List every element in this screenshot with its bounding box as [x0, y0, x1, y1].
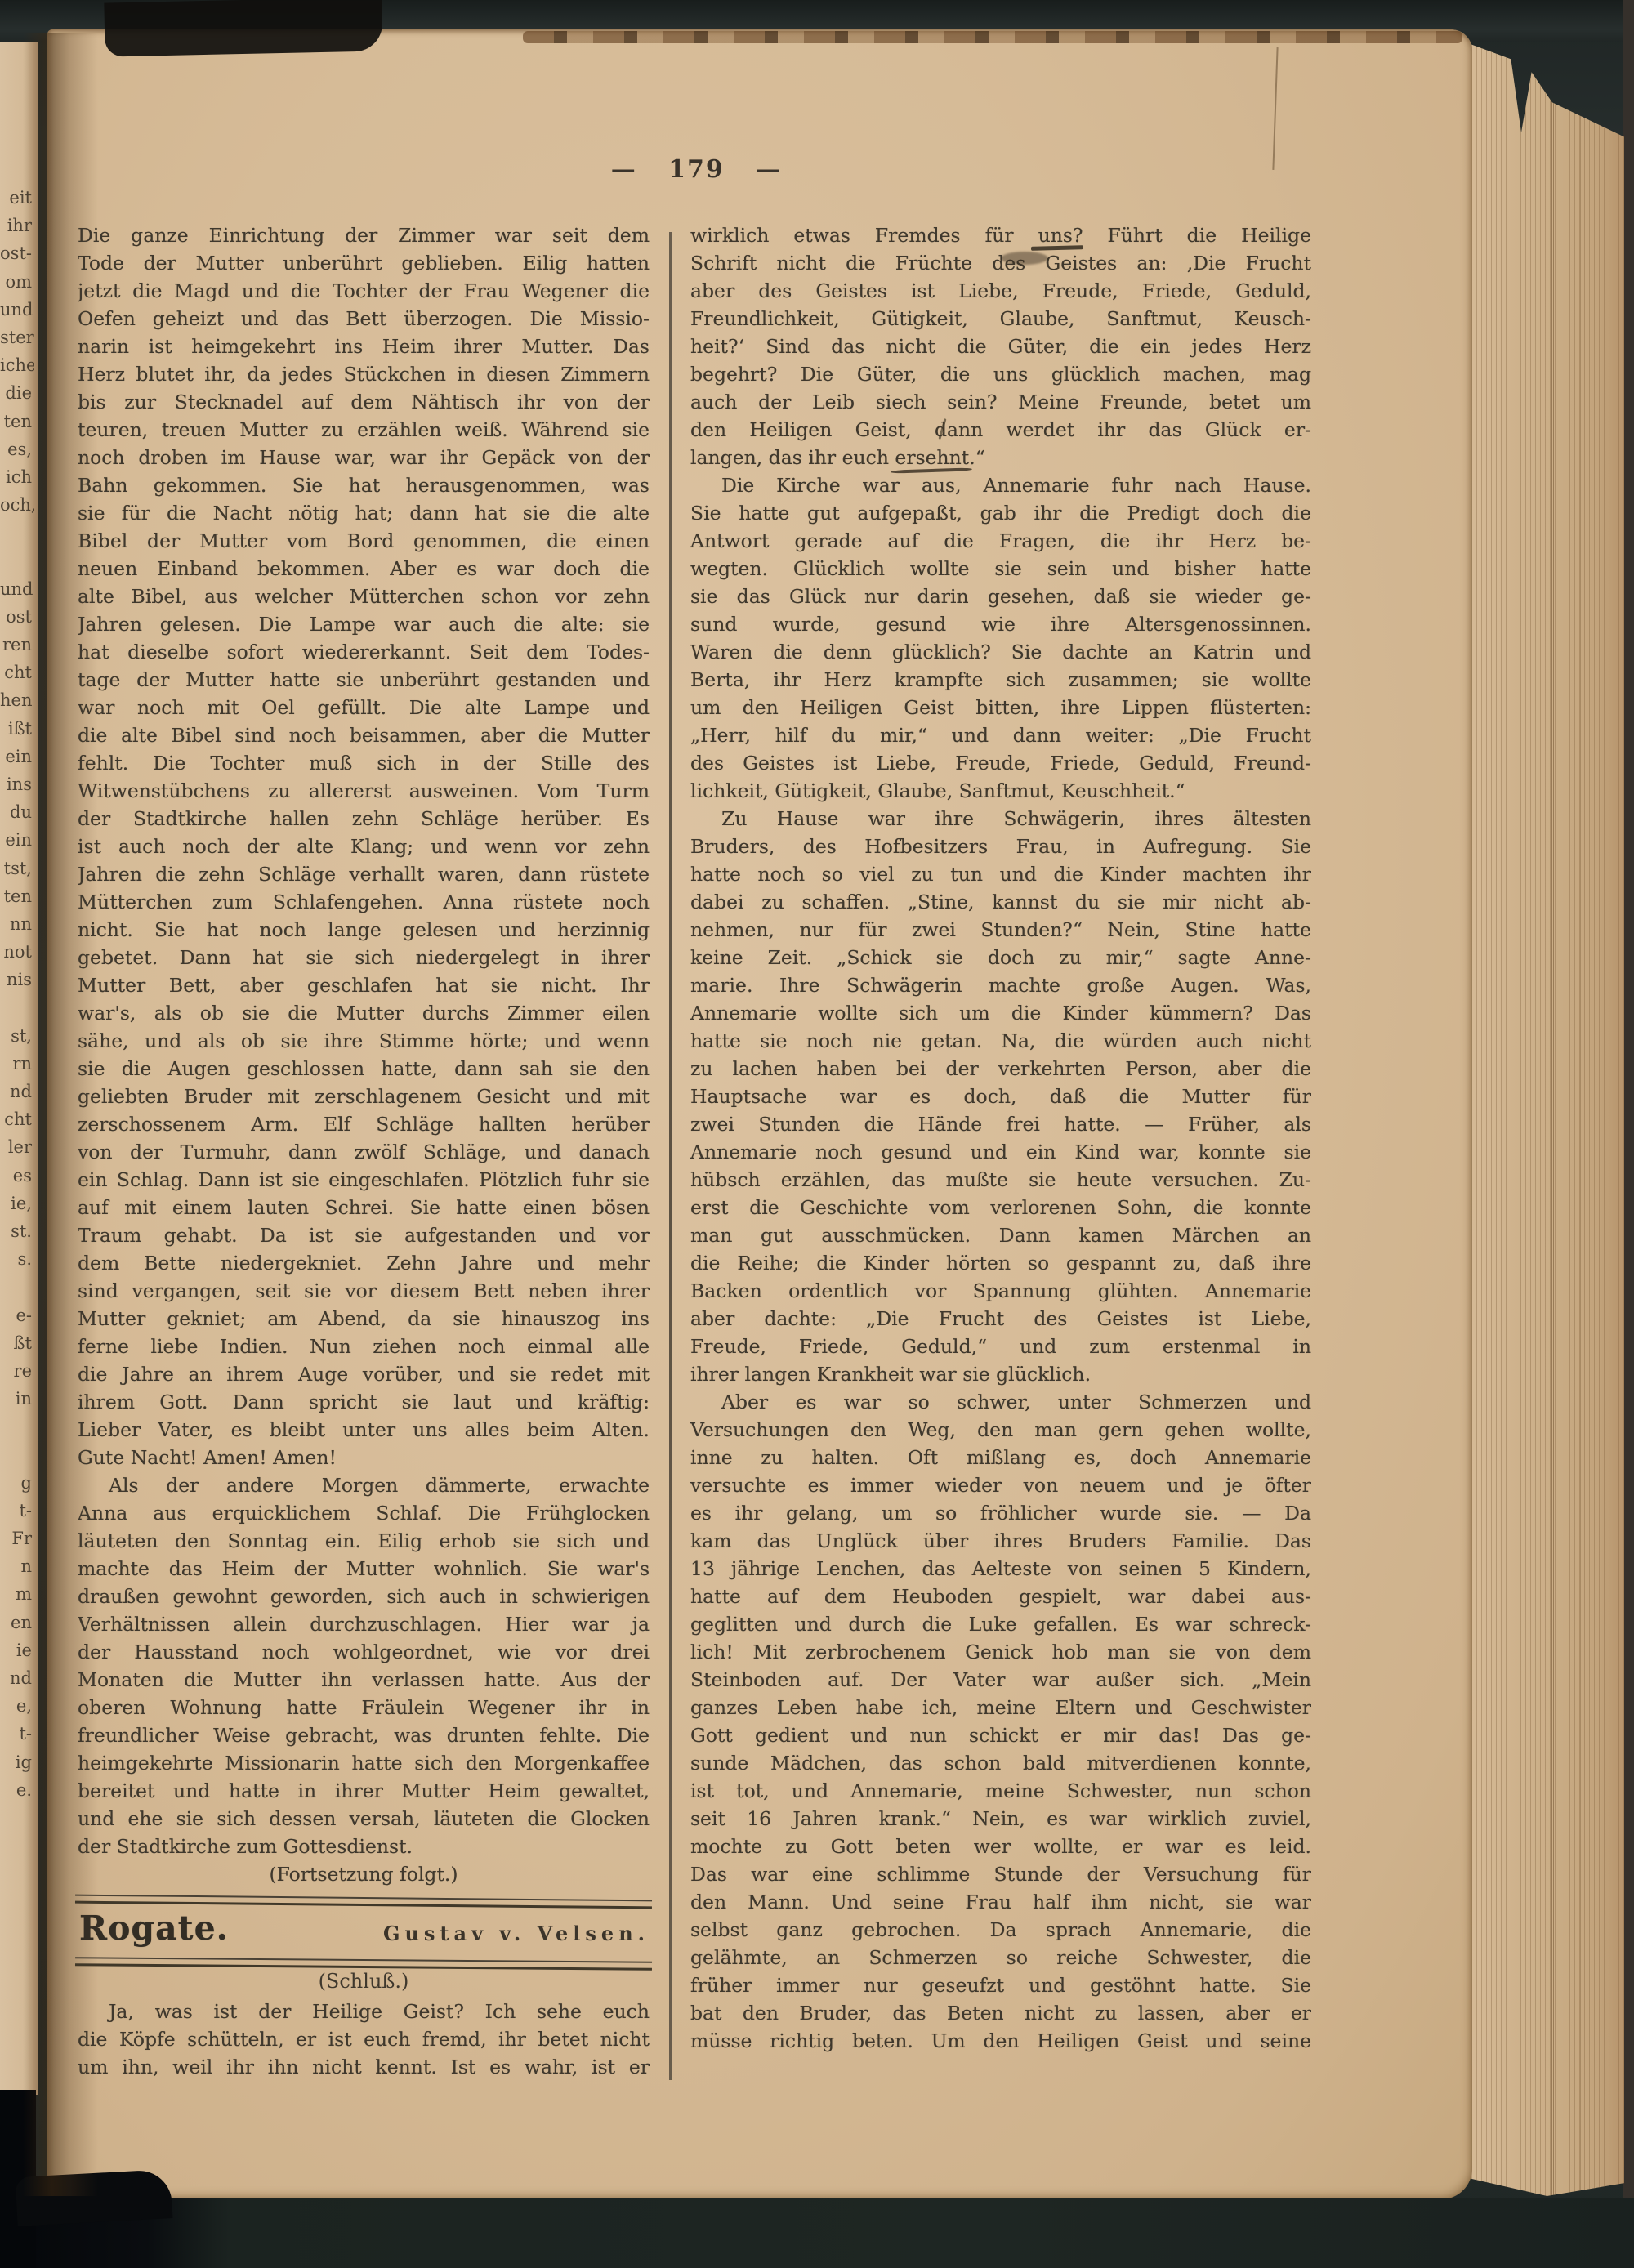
text-line: ihrem Gott. Dann spricht sie laut und kr… — [78, 1389, 650, 1417]
text-line: ist tot, und Annemarie, meine Schwester,… — [690, 1778, 1311, 1806]
text-line: des Geistes ist Liebe, Freude, Friede, G… — [690, 750, 1311, 778]
text-line: geglitten und durch die Luke gefallen. E… — [690, 1611, 1311, 1639]
text-line: ins — [0, 775, 34, 802]
text-line: marie. Ihre Schwägerin machte große Auge… — [690, 972, 1311, 1000]
text-line: fehlt. Die Tochter muß sich in der Still… — [78, 750, 650, 778]
text-line: nd — [0, 1082, 34, 1109]
text-line: sie für die Nacht nötig hat; dann hat si… — [78, 500, 650, 528]
text-line: machte das Heim der Mutter wohnlich. Sie… — [78, 1556, 650, 1583]
text-line: sie das Glück nur darin gesehen, daß sie… — [690, 583, 1311, 611]
text-line: Fr — [0, 1529, 34, 1556]
text-line: Schrift nicht die Früchte des Geistes an… — [690, 250, 1311, 278]
text-line: Bahn gekommen. Sie hat herausgenommen, w… — [78, 472, 650, 500]
text-line: sähe, und als ob sie ihre Stimme hörte; … — [78, 1028, 650, 1056]
text-line: heimgekehrte Missionarin hatte sich den … — [78, 1750, 650, 1778]
text-line: sunde Mädchen, das schon bald mitverdien… — [690, 1750, 1311, 1778]
text-line: ein — [0, 830, 34, 858]
text-line: tst, — [0, 859, 34, 886]
article-author: Gustav v. Velsen. — [78, 1922, 650, 1945]
text-line: der Stadtkirche zum Gottesdienst. — [78, 1833, 650, 1861]
book-cover-bottom-shadow-wedge — [16, 2169, 173, 2226]
text-line: Versuchungen den Weg, den man gern gehen… — [690, 1417, 1311, 1444]
text-line: Freude, Friede, Geduld,“ und zum erstenm… — [690, 1333, 1311, 1361]
page-number: — 179 — — [78, 155, 1315, 184]
text-line: cht — [0, 663, 34, 690]
text-line: dabei zu schaffen. „Stine, kannst du sie… — [690, 889, 1311, 917]
text-line: e- — [0, 1306, 34, 1333]
text-line: ie, — [0, 1194, 34, 1221]
text-line: (Fortsetzung folgt.) — [78, 1861, 650, 1889]
text-line: bis zur Stecknadel auf dem Nähtisch ihr … — [78, 389, 650, 417]
text-line: zwei Stunden die Hände frei hatte. — Frü… — [690, 1111, 1311, 1139]
text-line: Annemarie wollte sich um die Kinder kümm… — [690, 1000, 1311, 1028]
text-line: Hauptsache war es doch, daß die Mutter f… — [690, 1083, 1311, 1111]
text-line: aber des Geistes ist Liebe, Freude, Frie… — [690, 278, 1311, 306]
text-line: draußen gewohnt geworden, sich auch in s… — [78, 1583, 650, 1611]
text-line: ren — [0, 635, 34, 663]
text-line: hen — [0, 690, 34, 718]
text-line: und — [0, 300, 34, 328]
text-line: hatte sie noch nie getan. Na, die würden… — [690, 1028, 1311, 1056]
right-column-text: wirklich etwas Fremdes für uns? Führt di… — [690, 222, 1311, 2056]
text-line: ist auch noch der alte Klang; und wenn v… — [78, 833, 650, 861]
text-line: t- — [0, 1724, 34, 1752]
text-line: Herz blutet ihr, da jedes Stückchen in d… — [78, 361, 650, 389]
text-line — [0, 1444, 34, 1472]
text-line: es — [0, 1166, 34, 1194]
text-line: Waren die denn glücklich? Sie dachte an … — [690, 639, 1311, 667]
book-cover-top-wedge — [104, 0, 382, 57]
text-line: Bruders, des Hofbesitzers Frau, in Aufre… — [690, 833, 1311, 861]
text-line: g — [0, 1473, 34, 1501]
text-line: war's, als ob sie die Mutter durchs Zimm… — [78, 1000, 650, 1028]
text-line: Backen ordentlich vor Spannung glühten. … — [690, 1278, 1311, 1306]
text-line: sie die Augen geschlossen hatte, dann sa… — [78, 1056, 650, 1083]
text-line: Die ganze Einrichtung der Zimmer war sei… — [78, 222, 650, 250]
book-cover-right-edge — [1623, 0, 1634, 2268]
page-stack-fore-edge — [1453, 38, 1624, 2196]
text-line: not — [0, 942, 34, 970]
text-line: „Herr, hilf du mir,“ und dann weiter: „D… — [690, 722, 1311, 750]
text-line: ein Schlag. Dann ist sie eingeschlafen. … — [78, 1167, 650, 1194]
text-line — [0, 1417, 34, 1444]
text-line: m — [0, 1584, 34, 1612]
text-line: Jahren gelesen. Die Lampe war auch die a… — [78, 611, 650, 639]
text-line: den Heiligen Geist, dann werdet ihr das … — [690, 417, 1311, 444]
text-line: om — [0, 272, 34, 300]
text-line: von der Turmuhr, dann zwölf Schläge, und… — [78, 1139, 650, 1167]
text-line: ost — [0, 607, 34, 635]
text-line: keine Zeit. „Schick sie doch zu mir,“ sa… — [690, 944, 1311, 972]
text-line: rn — [0, 1054, 34, 1082]
text-line: war noch mit Oel gefüllt. Die alte Lampe… — [78, 694, 650, 722]
text-line: nicht. Sie hat noch lange gelesen und he… — [78, 917, 650, 944]
left-column-continuation-text: Ja, was ist der Heilige Geist? Ich sehe … — [78, 1998, 650, 2082]
text-line: en — [0, 1613, 34, 1641]
text-line: der Stadtkirche hallen zehn Schläge herü… — [78, 806, 650, 833]
text-line: ster — [0, 328, 34, 355]
text-line: die alte Bibel sind noch beisammen, aber… — [78, 722, 650, 750]
left-column-text: Die ganze Einrichtung der Zimmer war sei… — [78, 222, 650, 1889]
text-line: ihr — [0, 216, 34, 243]
text-line: man gut ausschmücken. Dann kamen Märchen… — [690, 1222, 1311, 1250]
text-line: Verhältnissen allein durchzuschlagen. Hi… — [78, 1611, 650, 1639]
adjacent-page-text-fragments: eitihrost-omundsterichedietenes,ichoch,u… — [0, 188, 34, 1864]
text-line: Lieber Vater, es bleibt unter uns alles … — [78, 1417, 650, 1444]
text-line: bat den Bruder, das Beten nicht zu lasse… — [690, 2000, 1311, 2028]
text-line: Witwenstübchens zu allererst ausweinen. … — [78, 778, 650, 806]
text-line: Aber es war so schwer, unter Schmerzen u… — [690, 1389, 1311, 1417]
text-line: mochte zu Gott beten wer wollte, er war … — [690, 1833, 1311, 1861]
text-line: Annemarie noch gesund und ein Kind war, … — [690, 1139, 1311, 1167]
text-line: auch der Leib siech sein? Meine Freunde,… — [690, 389, 1311, 417]
text-line — [0, 1277, 34, 1305]
text-line: Steinboden auf. Der Vater war außer sich… — [690, 1667, 1311, 1694]
text-line: nehmen, nur für zwei Stunden?“ Nein, Sti… — [690, 917, 1311, 944]
text-line: freundlicher Weise gebracht, was drunten… — [78, 1722, 650, 1750]
text-line: Bibel der Mutter vom Bord genommen, die … — [78, 528, 650, 556]
text-line: früher immer nur geseufzt und gestöhnt h… — [690, 1972, 1311, 2000]
text-line: lichkeit, Gütigkeit, Glaube, Sanftmut, K… — [690, 778, 1311, 806]
text-line: Tode der Mutter unberührt geblieben. Eil… — [78, 250, 650, 278]
text-line: Berta, ihr Herz krampfte sich zusammen; … — [690, 667, 1311, 694]
text-line: geliebten Bruder mit zerschlagenem Gesic… — [78, 1083, 650, 1111]
text-line: Antwort gerade auf die Fragen, die ihr H… — [690, 528, 1311, 556]
text-line: ßt — [0, 1333, 34, 1361]
text-line: e. — [0, 1780, 34, 1808]
text-line: du — [0, 802, 34, 830]
text-line: und — [0, 579, 34, 607]
text-line: Zu Hause war ihre Schwägerin, ihres älte… — [690, 806, 1311, 833]
text-line: noch droben im Hause war, war ihr Gepäck… — [78, 444, 650, 472]
text-line: nis — [0, 970, 34, 998]
text-line: den Mann. Und seine Frau half ihm nicht,… — [690, 1889, 1311, 1917]
text-line: narin ist heimgekehrt ins Heim ihrer Mut… — [78, 333, 650, 361]
text-line: erst die Geschichte vom verlorenen Sohn,… — [690, 1194, 1311, 1222]
text-line: ganzes Leben habe ich, meine Eltern und … — [690, 1694, 1311, 1722]
text-line: Gott gedient und nun schickt er mir das!… — [690, 1722, 1311, 1750]
text-line: Mütterchen zum Schlafengehen. Anna rüste… — [78, 889, 650, 917]
text-line: dem Bette niedergekniet. Zehn Jahre und … — [78, 1250, 650, 1278]
text-line — [0, 1836, 34, 1864]
text-line: läuteten den Sonntag ein. Eilig erhob si… — [78, 1528, 650, 1556]
text-line: cht — [0, 1109, 34, 1137]
text-line: selbst ganz gebrochen. Da sprach Annemar… — [690, 1917, 1311, 1944]
text-line: sind vergangen, seit sie vor diesem Bett… — [78, 1278, 650, 1306]
text-line: bereitet und hatte in ihrer Mutter Heim … — [78, 1778, 650, 1806]
column-divider-rule — [669, 232, 672, 2080]
text-line: die Köpfe schütteln, er ist euch fremd, … — [78, 2026, 650, 2054]
text-line: Jahren die zehn Schläge verhallt waren, … — [78, 861, 650, 889]
text-line: hatte noch so viel zu tun und die Kinder… — [690, 861, 1311, 889]
text-line: Sie hatte gut aufgepaßt, gab ihr die Pre… — [690, 500, 1311, 528]
text-line: heit?‘ Sind das nicht die Güter, die ein… — [690, 333, 1311, 361]
text-line: um ihn, weil ihr ihn nicht kennt. Ist es… — [78, 2054, 650, 2082]
text-line: st. — [0, 1221, 34, 1249]
text-line: s. — [0, 1249, 34, 1277]
scanned-book-page-photo: { "page": { "number": "179", "number_dis… — [0, 0, 1634, 2268]
text-line: ler — [0, 1137, 34, 1165]
text-line: sund wurde, gesund wie ihre Altersgenoss… — [690, 611, 1311, 639]
text-line: inne zu halten. Oft mißlang es, doch Ann… — [690, 1444, 1311, 1472]
text-line: seit 16 Jahren krank.“ Nein, es war wirk… — [690, 1806, 1311, 1833]
text-line: Monaten die Mutter ihn verlassen hatte. … — [78, 1667, 650, 1694]
text-line: ferne liebe Indien. Nun ziehen noch einm… — [78, 1333, 650, 1361]
text-line: ten — [0, 886, 34, 914]
text-line: eit — [0, 188, 34, 216]
text-line: Anna aus erquicklichem Schlaf. Die Frühg… — [78, 1500, 650, 1528]
text-line: t- — [0, 1501, 34, 1529]
text-line: ig — [0, 1752, 34, 1780]
text-line: wirklich etwas Fremdes für uns? Führt di… — [690, 222, 1311, 250]
text-line: ie — [0, 1641, 34, 1668]
text-line: Oefen geheizt und das Bett überzogen. Di… — [78, 306, 650, 333]
text-line: zu lachen haben bei der verkehrten Perso… — [690, 1056, 1311, 1083]
text-line — [0, 1808, 34, 1836]
text-line: alte Bibel, aus welcher Mütterchen schon… — [78, 583, 650, 611]
text-line: Mutter gekniet; am Abend, da sie hinausz… — [78, 1306, 650, 1333]
text-line: Gute Nacht! Amen! Amen! — [78, 1444, 650, 1472]
text-line: Ja, was ist der Heilige Geist? Ich sehe … — [78, 1998, 650, 2026]
text-line: kam das Unglück über ihres Bruders Famil… — [690, 1528, 1311, 1556]
text-line: Das war eine schlimme Stunde der Versuch… — [690, 1861, 1311, 1889]
book-cover-bottom-band — [0, 2198, 1634, 2268]
text-line: gelähmte, an Schmerzen so reiche Schwest… — [690, 1944, 1311, 1972]
text-line — [0, 523, 34, 551]
text-line: e, — [0, 1696, 34, 1724]
text-line: ein — [0, 747, 34, 775]
adjacent-page-sliver: eitihrost-omundsterichedietenes,ichoch,u… — [0, 42, 38, 2095]
text-line: aber dachte: „Die Frucht des Geistes ist… — [690, 1306, 1311, 1333]
page-top-edge-dirt — [523, 31, 1462, 43]
text-line: Als der andere Morgen dämmerte, erwachte — [78, 1472, 650, 1500]
text-line — [0, 551, 34, 578]
text-line: es ihr gelang, um so fröhlicher wurde si… — [690, 1500, 1311, 1528]
text-line: hübsch erzählen, das mußte sie heute ver… — [690, 1167, 1311, 1194]
text-line: begehrt? Die Güter, die uns glücklich ma… — [690, 361, 1311, 389]
text-line: neuen Einband bekommen. Aber es war doch… — [78, 556, 650, 583]
text-line: och, — [0, 495, 34, 523]
text-line: langen, das ihr euch ersehnt.“ — [690, 444, 1311, 472]
text-line: ten — [0, 412, 34, 440]
text-line: ich — [0, 467, 34, 495]
text-line: jetzt die Magd und die Tochter der Frau … — [78, 278, 650, 306]
text-line: Freundlichkeit, Gütigkeit, Glaube, Sanft… — [690, 306, 1311, 333]
text-line: hatte auf dem Heuboden gespielt, war dab… — [690, 1583, 1311, 1611]
text-line: zerschossenem Arm. Elf Schläge hallten h… — [78, 1111, 650, 1139]
text-line: der Hausstand noch wohlgeordnet, wie vor… — [78, 1639, 650, 1667]
text-line: iche — [0, 355, 34, 383]
article-part-note: (Schluß.) — [78, 1970, 650, 1993]
text-line: 13 jährige Lenchen, das Aelteste von sei… — [690, 1556, 1311, 1583]
text-line: es, — [0, 440, 34, 467]
text-line: die — [0, 383, 34, 411]
text-line: tage der Mutter hatte sie unberührt gest… — [78, 667, 650, 694]
text-line: wegten. Glücklich wollte sie sein und bi… — [690, 556, 1311, 583]
text-line: in — [0, 1389, 34, 1417]
text-line: versuchte es immer wieder von neuem und … — [690, 1472, 1311, 1500]
text-line: die Reihe; die Kinder hörten so gespannt… — [690, 1250, 1311, 1278]
text-line: ihrer langen Krankheit war sie glücklich… — [690, 1361, 1311, 1389]
text-line: Die Kirche war aus, Annemarie fuhr nach … — [690, 472, 1311, 500]
text-line: müsse richtig beten. Um den Heiligen Gei… — [690, 2028, 1311, 2056]
text-line: hat dieselbe sofort wiedererkannt. Seit … — [78, 639, 650, 667]
text-line: lich! Mit zerbrochenem Genick hob man si… — [690, 1639, 1311, 1667]
text-line: Mutter Bett, aber geschlafen hat sie nic… — [78, 972, 650, 1000]
text-line: auf mit einem lauten Schrei. Sie hatte e… — [78, 1194, 650, 1222]
text-line: Traum gehabt. Da ist sie aufgestanden un… — [78, 1222, 650, 1250]
text-line: ost- — [0, 243, 34, 271]
text-line: um den Heiligen Geist bitten, ihre Lippe… — [690, 694, 1311, 722]
text-line: st, — [0, 1026, 34, 1054]
text-line: die Jahre an ihrem Auge vorüber, und sie… — [78, 1361, 650, 1389]
text-line: gebetet. Dann hat sie sich niedergelegt … — [78, 944, 650, 972]
text-line: oberen Wohnung hatte Fräulein Wegener ih… — [78, 1694, 650, 1722]
text-line: teuren, treuen Mutter zu erzählen weiß. … — [78, 417, 650, 444]
text-line: nd — [0, 1668, 34, 1696]
text-line: und ehe sie sich dessen versah, läuteten… — [78, 1806, 650, 1833]
text-line — [0, 998, 34, 1025]
text-line: n — [0, 1556, 34, 1584]
text-line: re — [0, 1361, 34, 1389]
text-line: ißt — [0, 719, 34, 747]
text-line: nn — [0, 914, 34, 942]
